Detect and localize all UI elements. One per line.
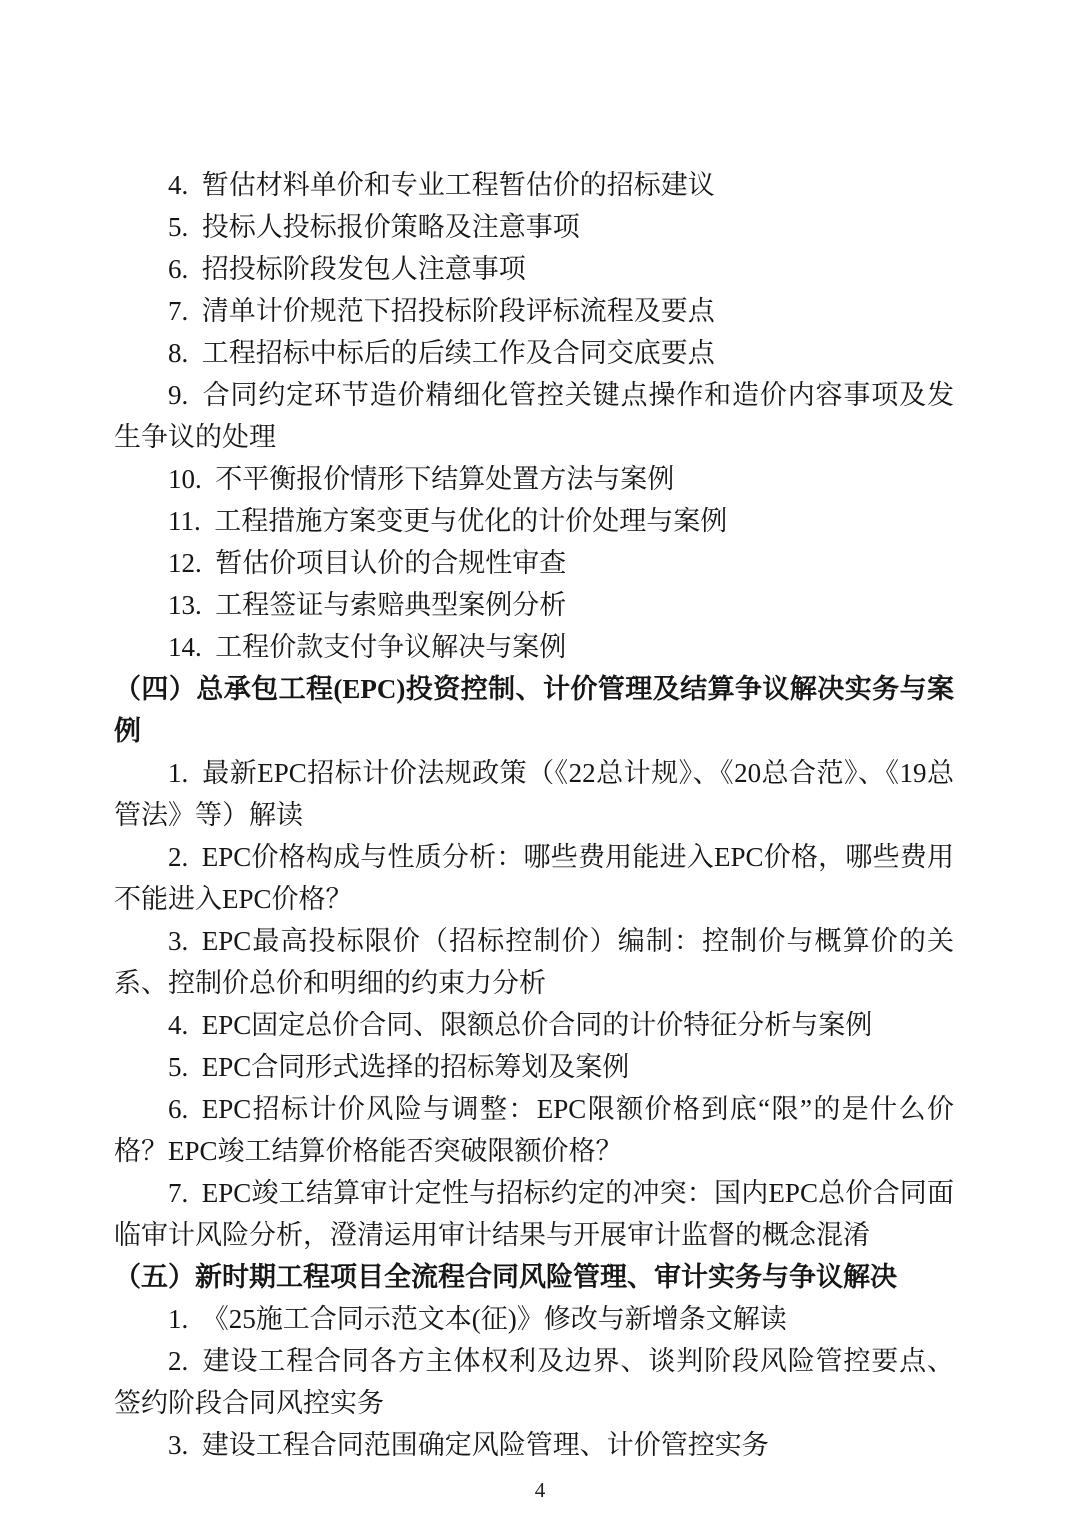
outline-item: 7. 清单计价规范下招投标阶段评标流程及要点 xyxy=(114,290,954,332)
outline-item: 2. 建设工程合同各方主体权利及边界、谈判阶段风险管控要点、签约阶段合同风控实务 xyxy=(114,1340,954,1424)
document-page: 4. 暂估材料单价和专业工程暂估价的招标建议5. 投标人投标报价策略及注意事项6… xyxy=(0,0,1080,1526)
outline-item: 10. 不平衡报价情形下结算处置方法与案例 xyxy=(114,458,954,500)
section-heading: （四）总承包工程(EPC)投资控制、计价管理及结算争议解决实务与案例 xyxy=(114,668,954,752)
outline-item: 14. 工程价款支付争议解决与案例 xyxy=(114,626,954,668)
outline-item: 11. 工程措施方案变更与优化的计价处理与案例 xyxy=(114,500,954,542)
outline-item: 5. 投标人投标报价策略及注意事项 xyxy=(114,206,954,248)
outline-item: 3. 建设工程合同范围确定风险管理、计价管控实务 xyxy=(114,1424,954,1466)
outline-item: 2. EPC价格构成与性质分析：哪些费用能进入EPC价格，哪些费用不能进入EPC… xyxy=(114,836,954,920)
outline-item: 3. EPC最高投标限价（招标控制价）编制：控制价与概算价的关系、控制价总价和明… xyxy=(114,920,954,1004)
outline-item: 6. 招投标阶段发包人注意事项 xyxy=(114,248,954,290)
outline-item: 7. EPC竣工结算审计定性与招标约定的冲突：国内EPC总价合同面临审计风险分析… xyxy=(114,1172,954,1256)
page-number: 4 xyxy=(0,1478,1080,1502)
outline-item: 6. EPC招标计价风险与调整：EPC限额价格到底“限”的是什么价格？EPC竣工… xyxy=(114,1088,954,1172)
outline-item: 1. 《25施工合同示范文本(征)》修改与新增条文解读 xyxy=(114,1298,954,1340)
outline-item: 5. EPC合同形式选择的招标筹划及案例 xyxy=(114,1046,954,1088)
course-outline: 4. 暂估材料单价和专业工程暂估价的招标建议5. 投标人投标报价策略及注意事项6… xyxy=(114,164,954,1466)
outline-item: 13. 工程签证与索赔典型案例分析 xyxy=(114,584,954,626)
outline-item: 9. 合同约定环节造价精细化管控关键点操作和造价内容事项及发生争议的处理 xyxy=(114,374,954,458)
outline-item: 4. EPC固定总价合同、限额总价合同的计价特征分析与案例 xyxy=(114,1004,954,1046)
section-heading: （五）新时期工程项目全流程合同风险管理、审计实务与争议解决 xyxy=(114,1256,954,1298)
outline-item: 4. 暂估材料单价和专业工程暂估价的招标建议 xyxy=(114,164,954,206)
outline-item: 1. 最新EPC招标计价法规政策（《22总计规》、《20总合范》、《19总管法》… xyxy=(114,752,954,836)
outline-item: 12. 暂估价项目认价的合规性审查 xyxy=(114,542,954,584)
outline-item: 8. 工程招标中标后的后续工作及合同交底要点 xyxy=(114,332,954,374)
